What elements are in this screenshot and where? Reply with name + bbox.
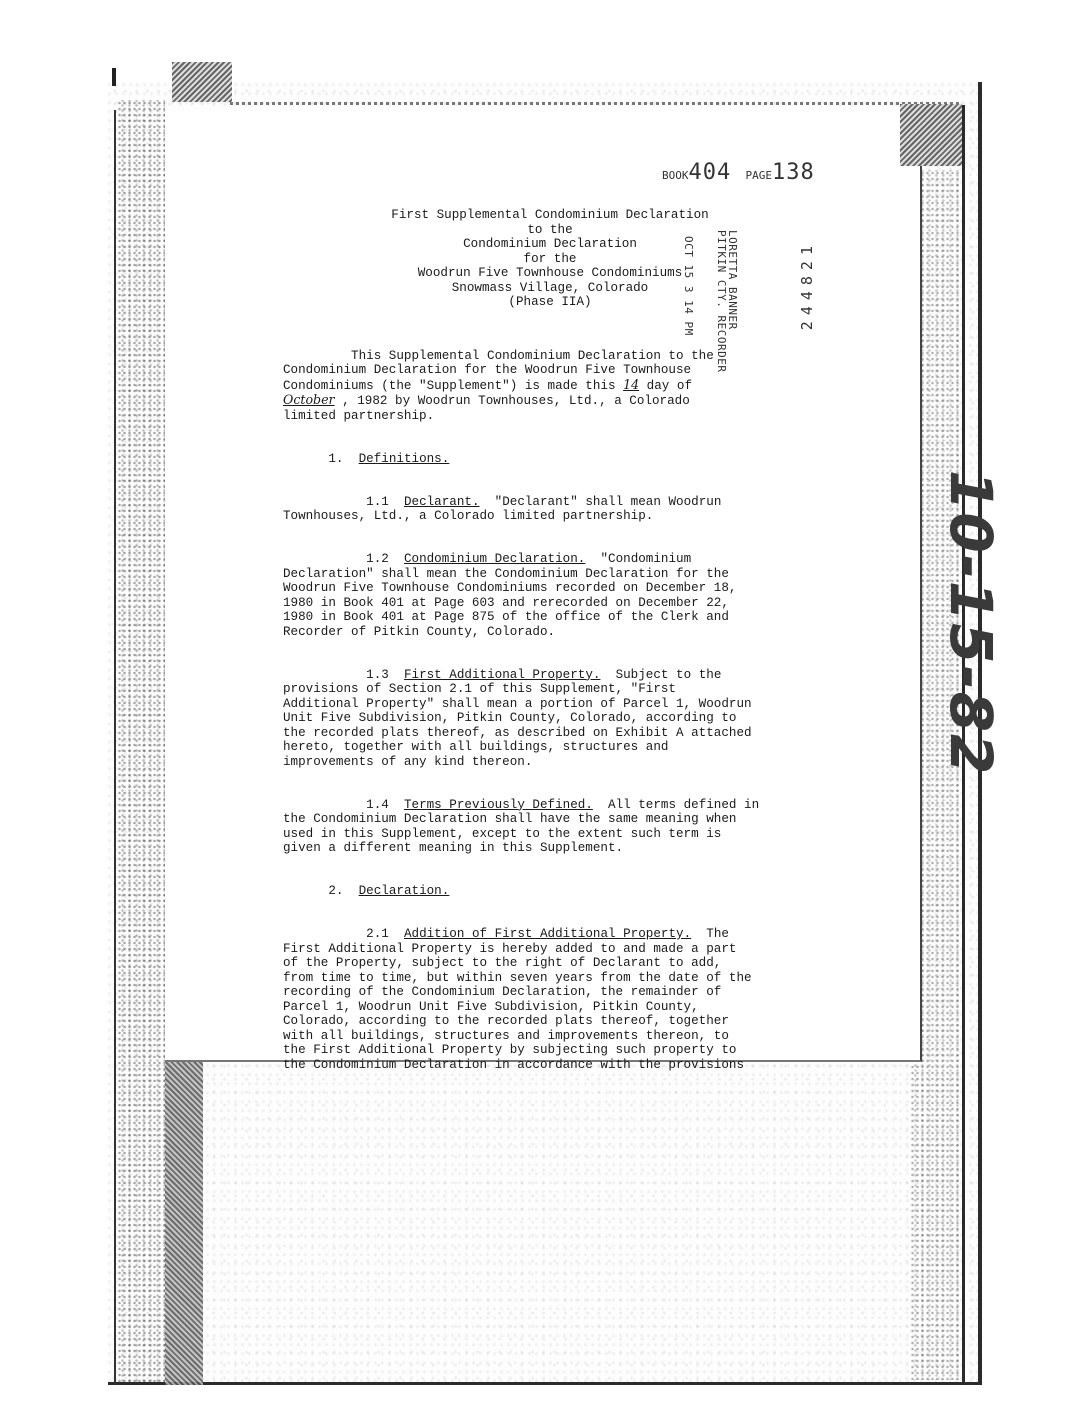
- margin-mark: [112, 68, 116, 86]
- title-line: First Supplemental Condominium Declarati…: [340, 208, 760, 223]
- page-label: PAGE: [746, 169, 773, 182]
- scan-edge-left: [114, 110, 116, 1385]
- title-line: Snowmass Village, Colorado: [340, 281, 760, 296]
- title-line: to the: [340, 223, 760, 238]
- handwritten-month: October: [283, 392, 335, 407]
- book-page-reference: BOOK404 PAGE138: [662, 160, 815, 185]
- handwritten-margin-date: 10-15-82: [937, 470, 1005, 776]
- scan-top-edge: [230, 102, 960, 105]
- handwritten-day: 14: [623, 377, 639, 392]
- scan-corner-artifact-left: [172, 62, 232, 102]
- clause-1-2: 1.2 Condominium Declaration. "Condominiu…: [283, 552, 843, 639]
- document-body: This Supplemental Condominium Declaratio…: [283, 334, 843, 1101]
- title-line: for the: [340, 252, 760, 267]
- recording-date-stamp: OCT 15 3 14 PM: [682, 236, 695, 336]
- title-line: (Phase IIA): [340, 295, 760, 310]
- title-line: Condominium Declaration: [340, 237, 760, 252]
- book-number: 404: [689, 160, 732, 185]
- section-heading-definitions: 1. Definitions.: [283, 452, 843, 467]
- scan-noise-left: [117, 100, 165, 1385]
- section-heading-declaration: 2. Declaration.: [283, 884, 843, 899]
- clause-1-1: 1.1 Declarant. "Declarant" shall mean Wo…: [283, 495, 843, 524]
- scan-corner-artifact-right: [900, 104, 962, 166]
- intro-paragraph: This Supplemental Condominium Declaratio…: [283, 349, 843, 424]
- title-line: Woodrun Five Townhouse Condominiums: [340, 266, 760, 281]
- clause-1-3: 1.3 First Additional Property. Subject t…: [283, 668, 843, 770]
- scan-shadow-band: [165, 1060, 203, 1385]
- clause-1-4: 1.4 Terms Previously Defined. All terms …: [283, 798, 843, 856]
- document-title: First Supplemental Condominium Declarati…: [340, 208, 760, 310]
- reception-number: 244821: [798, 240, 816, 330]
- book-label: BOOK: [662, 169, 689, 182]
- clause-2-1: 2.1 Addition of First Additional Propert…: [283, 927, 843, 1072]
- page-number: 138: [772, 160, 815, 185]
